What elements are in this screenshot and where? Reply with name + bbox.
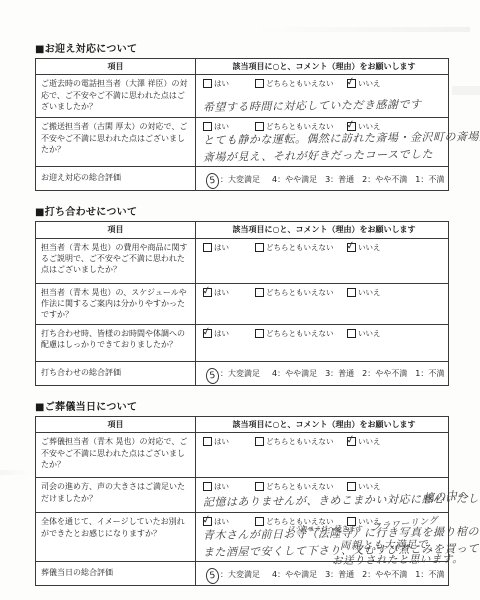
option-label: はい bbox=[214, 287, 229, 298]
answer-cell: はい どちらともいえない いいえ bbox=[196, 284, 448, 324]
next-page-note: 次ページへ続きます bbox=[300, 524, 363, 534]
handwritten-comment: 希望する時間に対応していただき感謝です bbox=[196, 96, 448, 117]
table-row: 打ち合わせ時、皆様のお時間や体調への配慮はしっかりできておりましたか？ はい ど… bbox=[36, 324, 448, 361]
rating-row: お迎え対応の総合評価 5：大変満足4：やや満足 3：普通 2：やや不満 1：不満 bbox=[36, 166, 448, 190]
checkbox-icon bbox=[255, 243, 264, 252]
question-cell: ご逝去時の電話担当者（大澤 祥臣）の対応で、ご不安やご不満に思われた点はございま… bbox=[36, 75, 196, 117]
checkbox-icon bbox=[203, 122, 212, 131]
answer-options: はい どちらともいえない いいえ bbox=[196, 433, 448, 448]
option-neutral: どちらともいえない bbox=[255, 436, 347, 447]
section-title: ■打ち合わせについて bbox=[35, 203, 449, 218]
checkbox-icon bbox=[255, 329, 264, 338]
option-neutral: どちらともいえない bbox=[255, 287, 347, 298]
option-label: いいえ bbox=[358, 436, 381, 447]
answer-options: はい どちらともいえない いいえ bbox=[196, 325, 448, 340]
answer-cell: はい どちらともいえない いいえ とても静かな運転。偶然に訪れた斎場・金沢町の斎… bbox=[196, 118, 480, 166]
checkbox-icon bbox=[347, 329, 356, 338]
table-row: ご搬送担当者（古閑 厚太）の対応で、ご不安やご不満に思われた点はございましたか？… bbox=[36, 117, 448, 166]
checkbox-icon bbox=[255, 288, 264, 297]
rating-other-labels: 4：やや満足 3：普通 2：やや不満 1：不満 bbox=[272, 368, 444, 379]
table-row: ご逝去時の電話担当者（大澤 祥臣）の対応で、ご不安やご不満に思われた点はございま… bbox=[36, 74, 448, 117]
option-yes: はい bbox=[203, 78, 255, 89]
column-header-item: 項目 bbox=[36, 222, 196, 237]
checkbox-icon bbox=[203, 79, 212, 88]
option-label: はい bbox=[214, 78, 229, 89]
checkbox-checked-icon bbox=[203, 288, 212, 297]
option-label: どちらともいえない bbox=[266, 436, 334, 447]
checkbox-icon bbox=[347, 288, 356, 297]
rating-other-labels: 4：やや満足 3：普通 2：やや不満 1：不満 bbox=[272, 569, 444, 580]
rating-label: 葬儀当日の総合評価 bbox=[36, 562, 196, 585]
answer-cell: はい どちらともいえない いいえ bbox=[196, 325, 448, 361]
option-neutral: どちらともいえない bbox=[255, 481, 347, 492]
option-yes: はい bbox=[203, 287, 255, 298]
option-neutral: どちらともいえない bbox=[255, 328, 347, 339]
option-neutral: どちらともいえない bbox=[255, 78, 347, 89]
option-no: いいえ bbox=[347, 328, 381, 339]
checkbox-icon bbox=[203, 243, 212, 252]
table-row: 担当者（青木 晃也）の、スケジュールや作法に関するご案内は分かりやすかったですか… bbox=[36, 283, 448, 324]
question-cell: 担当者（青木 晃也）の、スケジュールや作法に関するご案内は分かりやすかったですか… bbox=[36, 284, 196, 324]
question-cell: 司会の進め方、声の大きさはご満足いただけましたか？ bbox=[36, 478, 196, 512]
checkbox-checked-icon bbox=[347, 437, 356, 446]
question-cell: 担当者（青木 晃也）の費用や商品に関するご説明で、ご不安やご不満に思われた点はご… bbox=[36, 239, 196, 283]
handwritten-circle-icon: 5 bbox=[205, 567, 220, 584]
question-cell: 全体を通じて、イメージしていたお別れができたとお感じになりますか？ bbox=[36, 513, 196, 561]
question-cell: ご葬儀担当者（青木 晃也）の対応で、ご不安やご不満に思われた点はございましたか？ bbox=[36, 433, 196, 477]
option-yes: はい bbox=[203, 121, 255, 132]
option-yes: はい bbox=[203, 436, 255, 447]
section-title: ■お迎え対応について bbox=[35, 40, 449, 55]
scan-artifact bbox=[452, 86, 480, 95]
option-yes: はい bbox=[203, 481, 255, 492]
option-label: はい bbox=[214, 516, 229, 527]
option-no: いいえ bbox=[347, 78, 381, 89]
answer-options: はい どちらともいえない いいえ bbox=[196, 239, 448, 254]
option-label: いいえ bbox=[358, 287, 381, 298]
option-neutral: どちらともいえない bbox=[255, 242, 347, 253]
option-label: どちらともいえない bbox=[266, 242, 334, 253]
rating-label: 打ち合わせの総合評価 bbox=[36, 362, 196, 385]
option-yes: はい bbox=[203, 516, 255, 527]
option-label: どちらともいえない bbox=[266, 287, 334, 298]
rating-scale: 5：大変満足4：やや満足 3：普通 2：やや不満 1：不満 bbox=[196, 167, 448, 190]
handwritten-closing-line: お送りされたと思います。 bbox=[332, 551, 463, 568]
section-meeting: ■打ち合わせについて 項目 該当項目に○と、コメント（理由）をお願いします 担当… bbox=[35, 203, 449, 385]
option-label: はい bbox=[214, 481, 229, 492]
table-header-row: 項目 該当項目に○と、コメント（理由）をお願いします bbox=[36, 222, 448, 237]
rating-scale: 5：大変満足4：やや満足 3：普通 2：やや不満 1：不満 bbox=[196, 362, 448, 385]
column-header-answer: 該当項目に○と、コメント（理由）をお願いします bbox=[196, 417, 452, 432]
option-no: いいえ bbox=[347, 287, 381, 298]
column-header-item: 項目 bbox=[36, 417, 196, 432]
checkbox-icon bbox=[255, 437, 264, 446]
option-yes: はい bbox=[203, 242, 255, 253]
checkbox-checked-icon bbox=[347, 243, 356, 252]
scan-artifact bbox=[255, 27, 470, 32]
answer-options: はい どちらともいえない いいえ bbox=[196, 284, 448, 299]
checkbox-icon bbox=[347, 482, 356, 491]
table-row: 担当者（青木 晃也）の費用や商品に関するご説明で、ご不安やご不満に思われた点はご… bbox=[36, 238, 448, 283]
question-cell: 打ち合わせ時、皆様のお時間や体調への配慮はしっかりできておりましたか？ bbox=[36, 325, 196, 361]
question-table: 項目 該当項目に○と、コメント（理由）をお願いします ご逝去時の電話担当者（大澤… bbox=[35, 58, 449, 191]
option-label: いいえ bbox=[358, 78, 381, 89]
checkbox-icon bbox=[255, 482, 264, 491]
scan-artifact bbox=[0, 470, 30, 475]
option-label: どちらともいえない bbox=[266, 328, 334, 339]
option-no: いいえ bbox=[347, 242, 381, 253]
answer-cell: はい どちらともいえない いいえ 希望する時間に対応していただき感謝です bbox=[196, 75, 448, 117]
handwritten-comment: 斎場が見え、それが好きだったコースでした bbox=[196, 145, 480, 166]
checkbox-checked-icon bbox=[203, 329, 212, 338]
table-header-row: 項目 該当項目に○と、コメント（理由）をお願いします bbox=[36, 59, 448, 74]
survey-page: ■お迎え対応について 項目 該当項目に○と、コメント（理由）をお願いします ご逝… bbox=[35, 40, 449, 598]
rating-top-label: ：大変満足 bbox=[220, 174, 260, 185]
column-header-answer: 該当項目に○と、コメント（理由）をお願いします bbox=[196, 222, 452, 237]
checkbox-icon bbox=[203, 482, 212, 491]
option-label: いいえ bbox=[358, 481, 381, 492]
table-header-row: 項目 該当項目に○と、コメント（理由）をお願いします bbox=[36, 417, 448, 432]
rating-label: お迎え対応の総合評価 bbox=[36, 167, 196, 190]
option-label: はい bbox=[214, 328, 229, 339]
column-header-answer: 該当項目に○と、コメント（理由）をお願いします bbox=[196, 59, 452, 74]
handwritten-circle-icon: 5 bbox=[205, 173, 220, 190]
answer-cell: はい どちらともいえない いいえ bbox=[196, 239, 448, 283]
rating-top-label: ：大変満足 bbox=[220, 569, 260, 580]
question-table: 項目 該当項目に○と、コメント（理由）をお願いします 担当者（青木 晃也）の費用… bbox=[35, 221, 449, 385]
column-header-item: 項目 bbox=[36, 59, 196, 74]
section-title: ■ご葬儀当日について bbox=[35, 398, 449, 413]
checkbox-checked-icon bbox=[203, 517, 212, 526]
rating-top-label: ：大変満足 bbox=[220, 368, 260, 379]
option-label: いいえ bbox=[358, 242, 381, 253]
option-label: はい bbox=[214, 436, 229, 447]
answer-cell: はい どちらともいえない いいえ bbox=[196, 433, 448, 477]
question-cell: ご搬送担当者（古閑 厚太）の対応で、ご不安やご不満に思われた点はございましたか？ bbox=[36, 118, 196, 166]
handwritten-closing-line: 両親とも大満足で bbox=[340, 537, 428, 553]
option-no: いいえ bbox=[347, 481, 381, 492]
rating-other-labels: 4：やや満足 3：普通 2：やや不満 1：不満 bbox=[272, 174, 444, 185]
option-label: いいえ bbox=[358, 328, 381, 339]
checkbox-icon bbox=[255, 79, 264, 88]
option-no: いいえ bbox=[347, 436, 381, 447]
option-label: どちらともいえない bbox=[266, 78, 334, 89]
section-pickup: ■お迎え対応について 項目 該当項目に○と、コメント（理由）をお願いします ご逝… bbox=[35, 40, 449, 191]
table-row: 司会の進め方、声の大きさはご満足いただけましたか？ はい どちらともいえない い… bbox=[36, 477, 448, 512]
rating-row: 打ち合わせの総合評価 5：大変満足4：やや満足 3：普通 2：やや不満 1：不満 bbox=[36, 361, 448, 385]
option-label: はい bbox=[214, 121, 229, 132]
table-row: ご葬儀担当者（青木 晃也）の対応で、ご不安やご不満に思われた点はございましたか？… bbox=[36, 432, 448, 477]
option-label: はい bbox=[214, 242, 229, 253]
checkbox-icon bbox=[203, 437, 212, 446]
option-yes: はい bbox=[203, 328, 255, 339]
answer-options: はい どちらともいえない いいえ bbox=[196, 75, 448, 90]
checkbox-checked-icon bbox=[347, 79, 356, 88]
option-label: どちらともいえない bbox=[266, 481, 334, 492]
handwritten-circle-icon: 5 bbox=[205, 367, 220, 384]
checkbox-icon bbox=[255, 517, 264, 526]
checkbox-icon bbox=[255, 122, 264, 131]
